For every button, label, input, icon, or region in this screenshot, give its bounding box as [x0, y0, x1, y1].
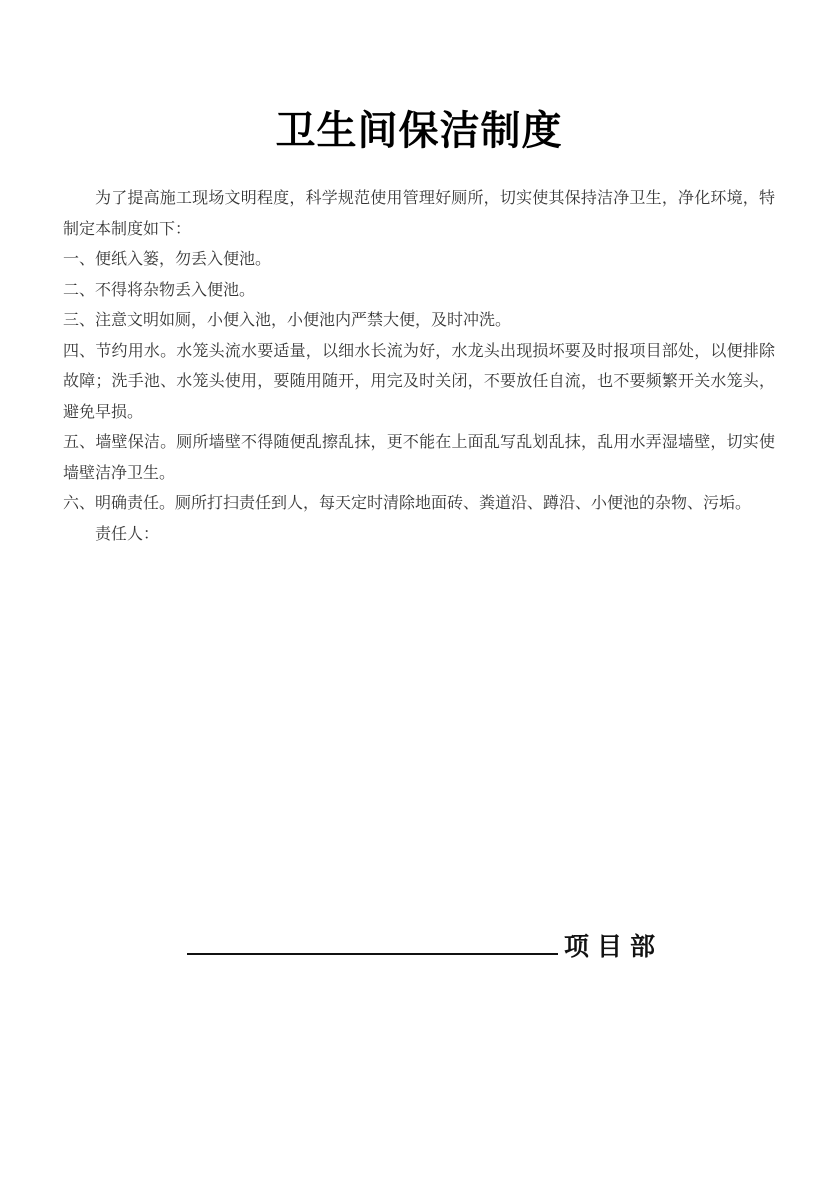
responsible-person-label: 责任人： [63, 520, 775, 551]
intro-paragraph: 为了提高施工现场文明程度，科学规范使用管理好厕所，切实使其保持洁净卫生，净化环境… [63, 184, 775, 245]
department-label: 项目部 [564, 934, 663, 961]
page-title: 卫生间保洁制度 [63, 0, 775, 156]
rule-item-4: 四、节约用水。水笼头流水要适量，以细水长流为好，水龙头出现损坏要及时报项目部处，… [63, 337, 775, 429]
rule-item-3: 三、注意文明如厕，小便入池，小便池内严禁大便，及时冲洗。 [63, 306, 775, 337]
rule-item-6: 六、明确责任。厕所打扫责任到人，每天定时清除地面砖、粪道沿、蹲沿、小便池的杂物、… [63, 489, 775, 520]
rule-item-1: 一、便纸入篓，勿丢入便池。 [63, 245, 775, 276]
document-page: 卫生间保洁制度 为了提高施工现场文明程度，科学规范使用管理好厕所，切实使其保持洁… [0, 0, 838, 1186]
rule-item-2: 二、不得将杂物丢入便池。 [63, 276, 775, 307]
signature-blank-line [187, 953, 558, 955]
rule-item-5: 五、墙壁保洁。厕所墙壁不得随便乱擦乱抹，更不能在上面乱写乱划乱抹，乱用水弄湿墙壁… [63, 428, 775, 489]
rules-list: 一、便纸入篓，勿丢入便池。 二、不得将杂物丢入便池。 三、注意文明如厕，小便入池… [63, 245, 775, 520]
signature-row: 项目部 [187, 931, 775, 968]
